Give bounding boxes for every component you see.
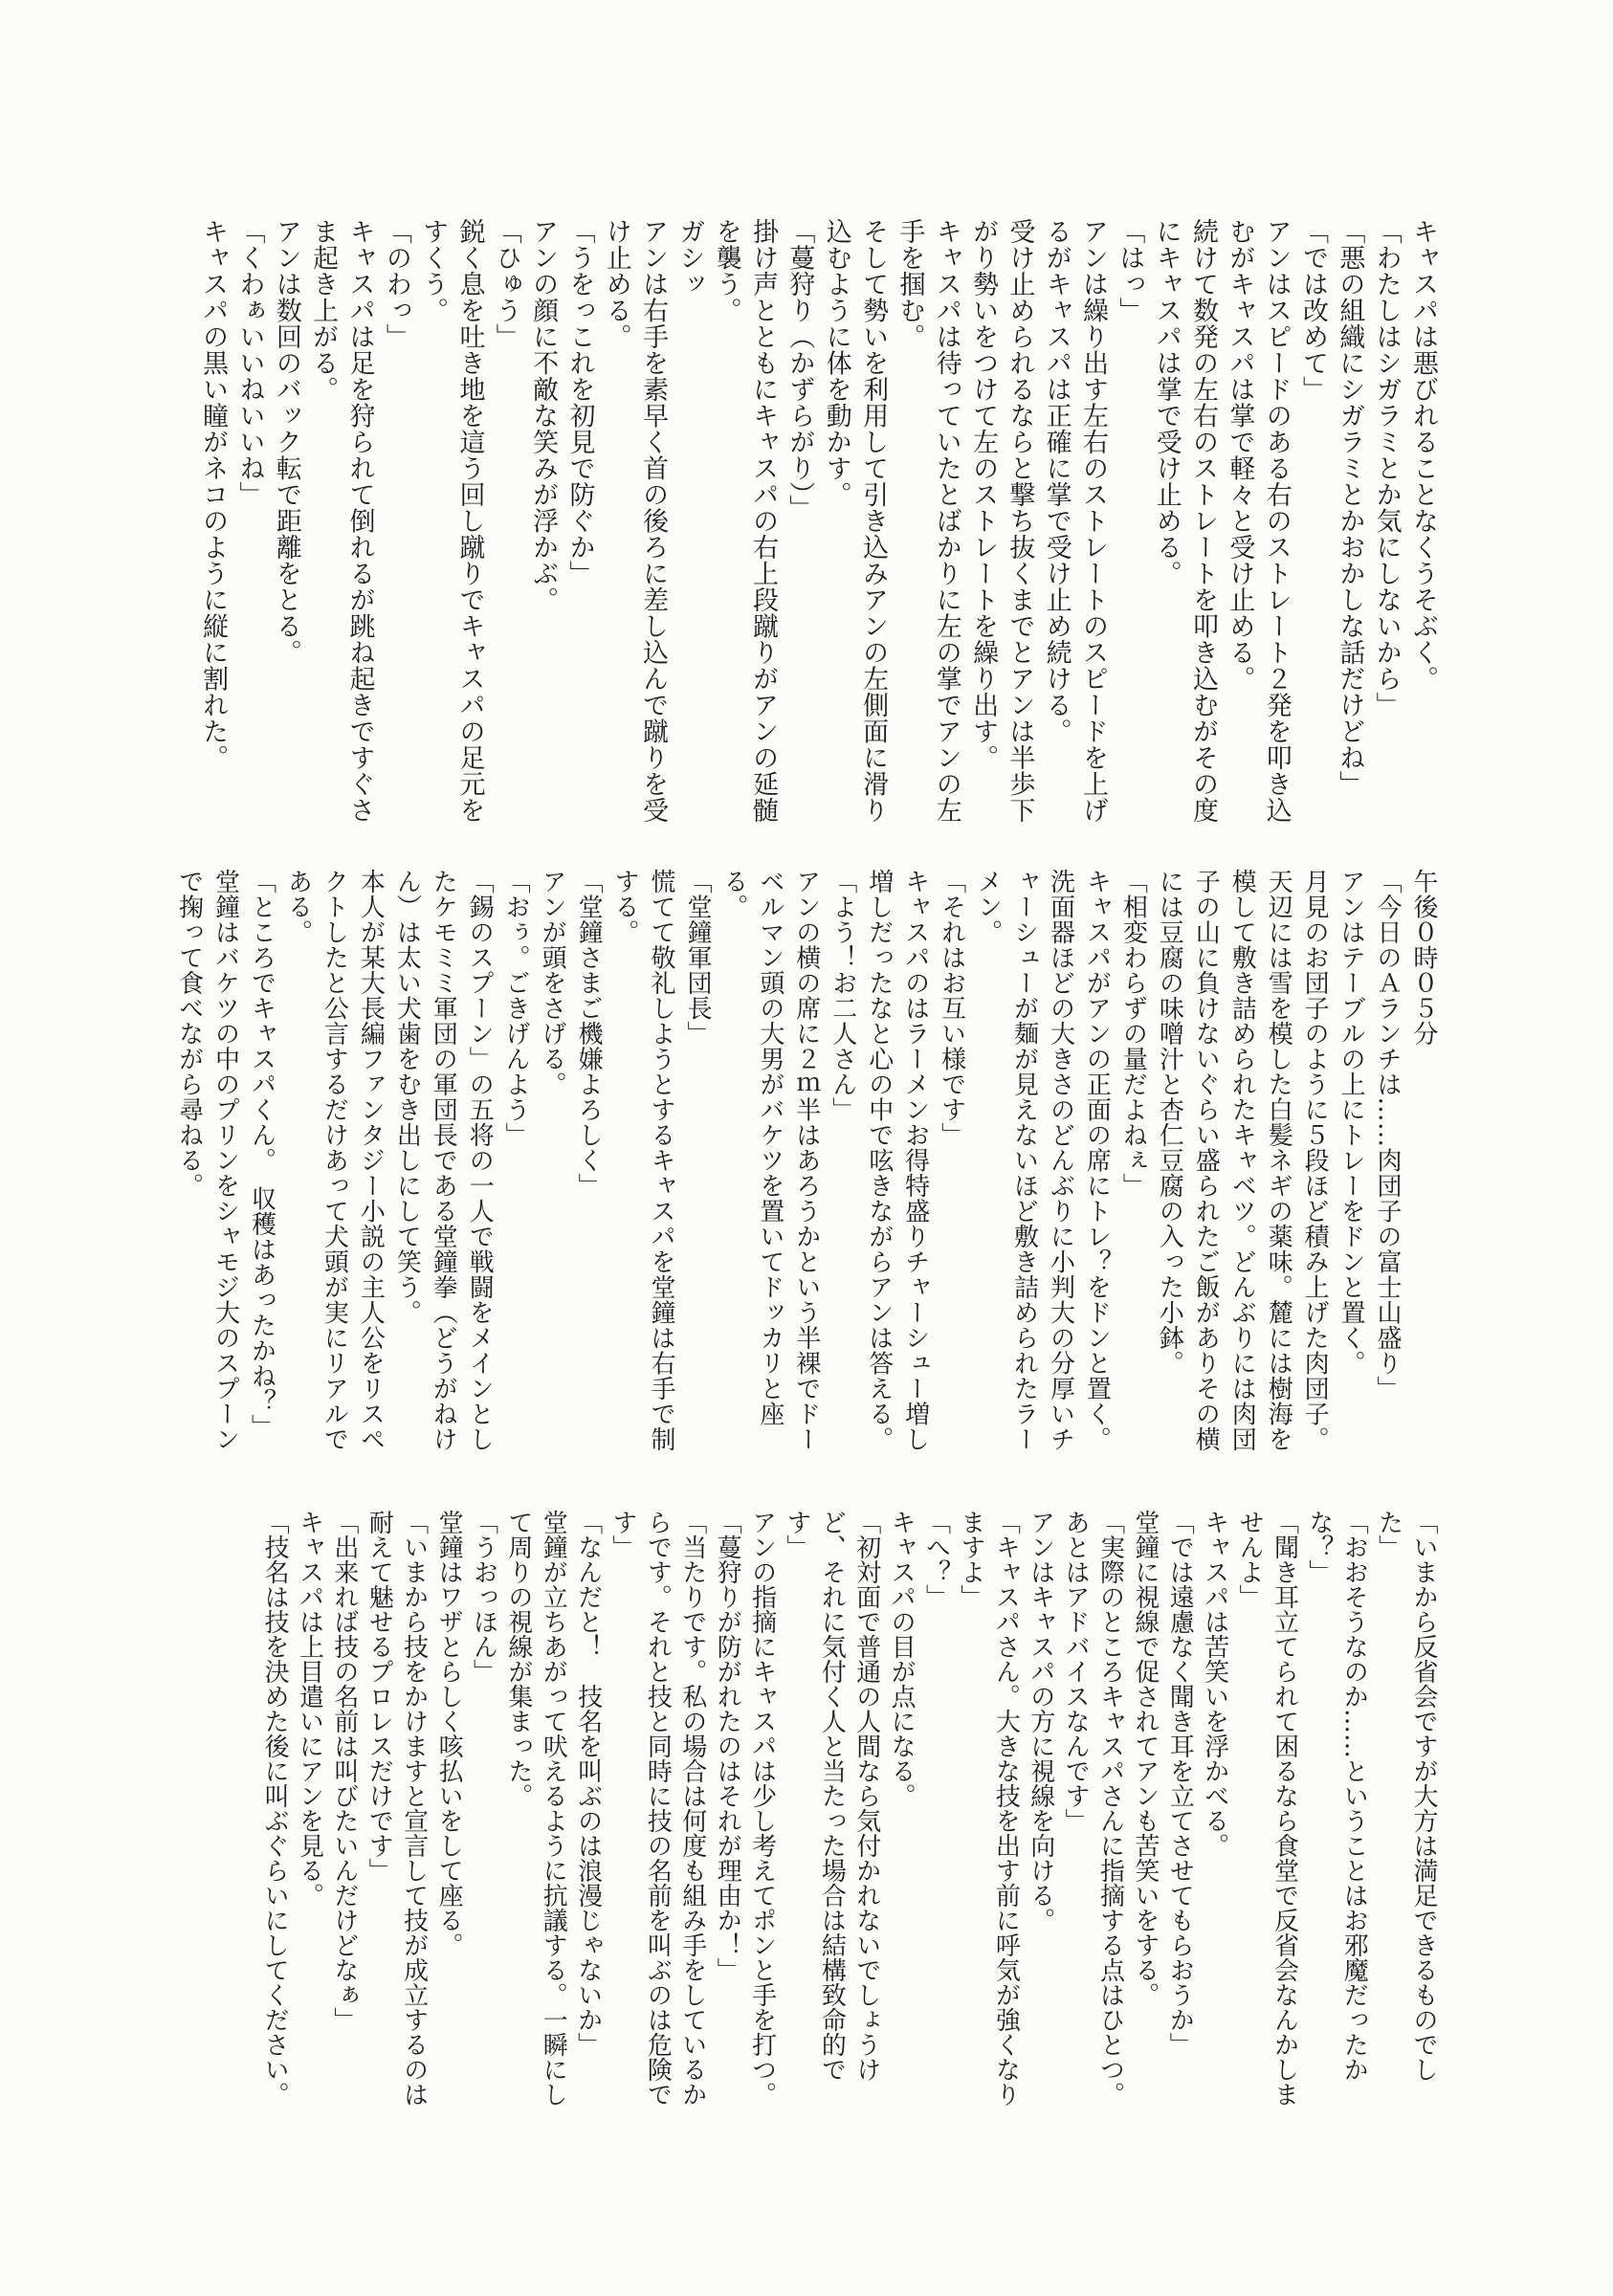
paragraph: アンは右手を素早く首の後ろに差し込んで蹴りを受け止める。 [597, 218, 671, 842]
paragraph: 「蔓狩りが防がれたのはそれが理由か！」 [710, 1510, 744, 2118]
paragraph: 「ところでキャスパくん。 収穫はあったかね？」 [243, 869, 279, 1456]
text-band-sparring-scene: キャスパは悪びれることなくうそぶく。「わたしはシガラミとか気にしないから」「悪の… [194, 218, 1441, 842]
paragraph: キャスパは上目遣いにアンを見る。 [292, 1510, 326, 2118]
paragraph: 「堂鐘軍団長」 [678, 869, 715, 1456]
text-band-review-meeting-scene: 「いまから反省会ですが大方は満足できるものでした」「おおそうなのか……ということ… [257, 1510, 1441, 2118]
paragraph: 「堂鐘さまご機嫌よろしく」 [569, 869, 606, 1456]
paragraph: 「よう！お二人さん」 [824, 869, 860, 1456]
paragraph: 「では改めて」 [1294, 218, 1331, 842]
paragraph: アンはスピードのある右のストレート２発を叩き込むがキャスパは掌で軽々と受け止める… [1221, 218, 1294, 842]
paragraph: アンはテーブルの上にトレーをドンと置く。 [1332, 869, 1368, 1456]
paragraph: アンの顔に不敵な笑みが浮かぶ。 [524, 218, 561, 842]
paragraph: 「ひゅう」 [487, 218, 523, 842]
paragraph: 「はっ」 [1111, 218, 1147, 842]
paragraph: 堂鐘はワザとらしく咳払いをして座る。 [431, 1510, 466, 2118]
paragraph: そして勢いを利用して引き込みアンの左側面に滑り込むように体を動かす。 [817, 218, 891, 842]
paragraph: 「蔓狩り（かずらがり）」 [781, 218, 817, 842]
paragraph: キャスパは待っていたとばかりに左の掌でアンの左手を掴む。 [891, 218, 964, 842]
paragraph: 月見のお団子のように５段ほど積み上げた肉団子。天辺には雪を模した白髪ネギの薬味。… [1150, 869, 1332, 1456]
paragraph: 「それはお互い様です」 [933, 869, 969, 1456]
paragraph: 鋭く息を吐き地を這う回し蹴りでキャスパの足元をすくう。 [414, 218, 488, 842]
paragraph: 受け止められるならと撃ち抜くまでとアンは半歩下がり勢いをつけて左のストレートを繰… [964, 218, 1038, 842]
paragraph: キャスパがアンの正面の席にトレ？をドンと置く。 [1077, 869, 1114, 1456]
paragraph: アンは繰り出す左右のストレートのスピードを上げるがキャスパは正確に掌で受け止め続… [1037, 218, 1111, 842]
paragraph: 「いまから技をかけますと宣言して技が成立するのは耐えて魅せるプロレスだけです」 [362, 1510, 431, 2118]
scanned-novel-page: { "document": { "language": "ja", "writi… [0, 0, 1613, 2296]
paragraph: 「くわぁいいねいいね」 [231, 218, 267, 842]
page-background: キャスパは悪びれることなくうそぶく。「わたしはシガラミとか気にしないから」「悪の… [0, 0, 1613, 2296]
paragraph: キャスパは苦笑いを浮かべる。 [1197, 1510, 1231, 2118]
paragraph: 「技名は技を決めた後に叫ぶぐらいにしてください。 [257, 1510, 292, 2118]
paragraph: アンの指摘にキャスパは少し考えてポンと手を打つ。 [744, 1510, 779, 2118]
paragraph: アンが頭をさげる。 [533, 869, 569, 1456]
paragraph: 本人が某大長編ファンタジー小説の主人公をリスペクトしたと公言するだけあって犬頭が… [279, 869, 388, 1456]
paragraph: 「当たりです。私の場合は何度も組み手をしているからです。それと技と同時に技の名前… [606, 1510, 710, 2118]
paragraph: 「おおそうなのか……ということはお邪魔だったかな？」 [1301, 1510, 1371, 2118]
paragraph: 「なんだと！ 技名を叫ぶのは浪漫じゃないか」 [570, 1510, 605, 2118]
paragraph: アンは数回のバック転で距離をとる。 [268, 218, 304, 842]
paragraph: 「初対面で普通の人間なら気付かれないでしょうけど、それに気付く人と当たった場合は… [780, 1510, 884, 2118]
paragraph: 「へ？」 [918, 1510, 953, 2118]
paragraph: 洗面器ほどの大きさのどんぶりに小判大の分厚いチャーシューが麺が見えないほど敷き詰… [969, 869, 1078, 1456]
paragraph: 「錫のスプーン」の五将の一人で戦闘をメインとしたケモミミ軍団の軍団長である堂鐘拳… [387, 869, 497, 1456]
paragraph: 堂鐘に視線で促されてアンも苦笑いをする。 [1127, 1510, 1161, 2118]
paragraph: 「聞き耳立てられて困るなら食堂で反省会なんかしませんよ」 [1232, 1510, 1302, 2118]
paragraph: 「今日のＡランチは……肉団子の富士山盛り」 [1368, 869, 1404, 1456]
text-band-lunch-scene: 午後０時０５分「今日のＡランチは……肉団子の富士山盛り」アンはテーブルの上にトレ… [170, 869, 1441, 1456]
paragraph: 堂鐘はバケツの中のプリンをシャモジ大のスプーンで掬って食べながら尋ねる。 [170, 869, 243, 1456]
paragraph: 「実際のところキャスパさんに指摘する点はひとつ。あとはアドバイスなんです」 [1058, 1510, 1128, 2118]
paragraph: 「では遠慮なく聞き耳を立てさせてもらおうか」 [1162, 1510, 1197, 2118]
paragraph: 「キャスパさん。大きな技を出す前に呼気が強くなりますよ」 [954, 1510, 1024, 2118]
paragraph: 「おぅ。ごきげんよう」 [497, 869, 533, 1456]
paragraph: 「いまから反省会ですが大方は満足できるものでした」 [1371, 1510, 1441, 2118]
paragraph: アンはキャスパの方に視線を向ける。 [1023, 1510, 1057, 2118]
paragraph: キャスパは足を狩られて倒れるが跳ね起きですぐさま起き上がる。 [304, 218, 378, 842]
paragraph: ガシッ [671, 218, 707, 842]
paragraph: キャスパのはラーメンお得特盛りチャーシュー増し増しだったなと心の中で呟きながらア… [860, 869, 933, 1456]
paragraph: アンの横の席に２ｍ半はあろうかという半裸でドーベルマン頭の大男がバケツを置いてド… [715, 869, 824, 1456]
paragraph: 掛け声とともにキャスパの右上段蹴りがアンの延髄を襲う。 [707, 218, 781, 842]
paragraph: 慌てて敬礼しようとするキャスパを堂鐘は右手で制する。 [606, 869, 678, 1456]
paragraph: 午後０時０５分 [1404, 869, 1441, 1456]
paragraph: 「相変わらずの量だよねぇ」 [1114, 869, 1150, 1456]
paragraph: キャスパの目が点になる。 [884, 1510, 918, 2118]
paragraph: 「悪の組織にシガラミとかおかしな話だけどね」 [1331, 218, 1367, 842]
paragraph: 「わたしはシガラミとか気にしないから」 [1367, 218, 1403, 842]
paragraph: 「出来れば技の名前は叫びたいんだけどなぁ」 [327, 1510, 362, 2118]
paragraph: キャスパは悪びれることなくうそぶく。 [1404, 218, 1441, 842]
paragraph: 「うをっこれを初見で防ぐか」 [561, 218, 597, 842]
paragraph: 堂鐘が立ちあがって吠えるように抗議する。一瞬にして周りの視線が集まった。 [500, 1510, 570, 2118]
paragraph: 「うおっほん」 [466, 1510, 500, 2118]
paragraph: 「のわっ」 [377, 218, 413, 842]
paragraph: キャスパの黒い瞳がネコのように縦に割れた。 [194, 218, 231, 842]
paragraph: 続けて数発の左右のストレートを叩き込むがその度にキャスパは掌で受け止める。 [1147, 218, 1221, 842]
